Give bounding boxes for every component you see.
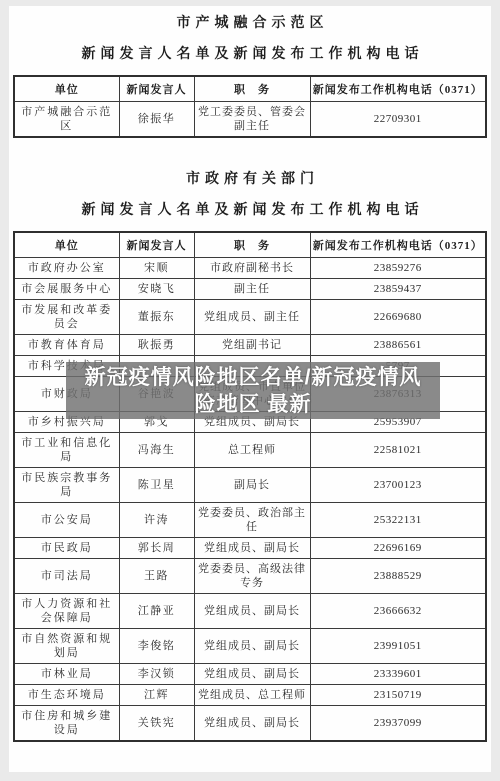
table-row: 市民族宗教事务局陈卫星副局长23700123 (14, 468, 486, 503)
table-row: 市乡村振兴局郭戈党组成员、副局长25953907 (14, 412, 486, 433)
table-row: 市公安局许涛党委委员、政治部主任25322131 (14, 503, 486, 538)
unit-cell: 市自然资源和规划局 (14, 629, 119, 664)
column-header-unit: 单位 (14, 76, 119, 102)
phone-cell: 23937099 (310, 706, 486, 742)
title-cell: 党组成员、副局长 (194, 706, 310, 742)
title-cell: 党组成员、副局长 (194, 664, 310, 685)
table-row: 市自然资源和规划局李俊铭党组成员、副局长23991051 (14, 629, 486, 664)
column-header-title: 职 务 (194, 232, 310, 258)
table-row: 市政府办公室宋顺市政府副秘书长23859276 (14, 258, 486, 279)
spokesperson-cell: 关铁宪 (119, 706, 194, 742)
spokesperson-cell: 许涛 (119, 503, 194, 538)
phone-cell: 22581021 (310, 433, 486, 468)
spokesperson-cell: 王路 (119, 559, 194, 594)
title-cell: 党组成员、市直单位资产管理中心主任 (194, 377, 310, 412)
phone-cell: 22669680 (310, 300, 486, 335)
title-cell: 党组成员、副局长 (194, 412, 310, 433)
screenshot-root: { "page": { "backdrop_color": "#eaeaea",… (0, 0, 500, 781)
unit-cell: 市生态环境局 (14, 685, 119, 706)
phone-cell: 23886561 (310, 335, 486, 356)
spokesperson-cell: 陈卫星 (119, 468, 194, 503)
unit-cell: 市林业局 (14, 664, 119, 685)
table-header-row: 单位 新闻发言人 职 务 新闻发布工作机构电话（0371） (14, 76, 486, 102)
spokesperson-cell: 李俊铭 (119, 629, 194, 664)
spokesperson-cell: 宋顺 (119, 258, 194, 279)
phone-cell: 23859276 (310, 258, 486, 279)
table-row: 市住房和城乡建设局关铁宪党组成员、副局长23937099 (14, 706, 486, 742)
table-row: 市林业局李汉锁党组成员、副局长23339601 (14, 664, 486, 685)
title-cell: 党委委员、政治部主任 (194, 503, 310, 538)
unit-cell: 市财政局 (14, 377, 119, 412)
title-cell: 党委委员、高级法律专务 (194, 559, 310, 594)
title-cell (194, 356, 310, 377)
unit-cell: 市司法局 (14, 559, 119, 594)
unit-cell: 市民政局 (14, 538, 119, 559)
unit-cell: 市乡村振兴局 (14, 412, 119, 433)
spokesperson-cell: 李汉锁 (119, 664, 194, 685)
spokesperson-cell: 郭长周 (119, 538, 194, 559)
title-cell: 副局长 (194, 468, 310, 503)
column-header-spokesperson: 新闻发言人 (119, 76, 194, 102)
title-cell: 党组成员、副局长 (194, 629, 310, 664)
column-header-unit: 单位 (14, 232, 119, 258)
title-cell: 党工委委员、管委会副主任 (194, 102, 310, 138)
column-header-title: 职 务 (194, 76, 310, 102)
phone-cell: 5797 (310, 356, 486, 377)
table-row: 市人力资源和社会保障局江静亚党组成员、副局长23666632 (14, 594, 486, 629)
table-row: 市财政局谷艳波党组成员、市直单位资产管理中心主任23876313 (14, 377, 486, 412)
title-cell: 总工程师 (194, 433, 310, 468)
section-title: 市政府有关部门 (9, 138, 491, 188)
unit-cell: 市会展服务中心 (14, 279, 119, 300)
spokesperson-cell: 冯海生 (119, 433, 194, 468)
table-row: 市会展服务中心安晓飞副主任23859437 (14, 279, 486, 300)
section-demo-zone: 市产城融合示范区 新闻发言人名单及新闻发布工作机构电话 单位 新闻发言人 职 务… (9, 6, 491, 138)
phone-cell: 23991051 (310, 629, 486, 664)
phone-cell: 23859437 (310, 279, 486, 300)
spokesperson-cell: 郭戈 (119, 412, 194, 433)
title-cell: 党组成员、总工程师 (194, 685, 310, 706)
unit-cell: 市公安局 (14, 503, 119, 538)
phone-cell: 25953907 (310, 412, 486, 433)
table-body: 市产城融合示范区徐振华党工委委员、管委会副主任22709301 (14, 102, 486, 138)
spokesperson-table-departments: 单位 新闻发言人 职 务 新闻发布工作机构电话（0371） 市政府办公室宋顺市政… (13, 231, 487, 742)
table-row: 市司法局王路党委委员、高级法律专务23888529 (14, 559, 486, 594)
table-row: 市产城融合示范区徐振华党工委委员、管委会副主任22709301 (14, 102, 486, 138)
section-title: 市产城融合示范区 (9, 6, 491, 32)
phone-cell: 23888529 (310, 559, 486, 594)
document-page: 市产城融合示范区 新闻发言人名单及新闻发布工作机构电话 单位 新闻发言人 职 务… (9, 6, 491, 772)
title-cell: 党组成员、副主任 (194, 300, 310, 335)
phone-cell: 25322131 (310, 503, 486, 538)
unit-cell: 市住房和城乡建设局 (14, 706, 119, 742)
table-row: 市科学技术局5797 (14, 356, 486, 377)
phone-cell: 22709301 (310, 102, 486, 138)
spokesperson-cell: 谷艳波 (119, 377, 194, 412)
spokesperson-cell: 安晓飞 (119, 279, 194, 300)
section-subtitle: 新闻发言人名单及新闻发布工作机构电话 (9, 188, 491, 219)
table-row: 市教育体育局耿振勇党组副书记23886561 (14, 335, 486, 356)
title-cell: 党组成员、副局长 (194, 594, 310, 629)
phone-cell: 23666632 (310, 594, 486, 629)
phone-cell: 23700123 (310, 468, 486, 503)
phone-cell: 22696169 (310, 538, 486, 559)
spokesperson-table-demo-zone: 单位 新闻发言人 职 务 新闻发布工作机构电话（0371） 市产城融合示范区徐振… (13, 75, 487, 138)
phone-cell: 23339601 (310, 664, 486, 685)
spokesperson-cell: 江辉 (119, 685, 194, 706)
phone-cell: 23150719 (310, 685, 486, 706)
column-header-phone: 新闻发布工作机构电话（0371） (310, 232, 486, 258)
table-row: 市发展和改革委员会董振东党组成员、副主任22669680 (14, 300, 486, 335)
unit-cell: 市产城融合示范区 (14, 102, 119, 138)
table-body: 市政府办公室宋顺市政府副秘书长23859276市会展服务中心安晓飞副主任2385… (14, 258, 486, 742)
section-subtitle: 新闻发言人名单及新闻发布工作机构电话 (9, 32, 491, 63)
unit-cell: 市工业和信息化局 (14, 433, 119, 468)
unit-cell: 市教育体育局 (14, 335, 119, 356)
unit-cell: 市发展和改革委员会 (14, 300, 119, 335)
table-row: 市生态环境局江辉党组成员、总工程师23150719 (14, 685, 486, 706)
column-header-phone: 新闻发布工作机构电话（0371） (310, 76, 486, 102)
unit-cell: 市民族宗教事务局 (14, 468, 119, 503)
phone-cell: 23876313 (310, 377, 486, 412)
spokesperson-cell: 董振东 (119, 300, 194, 335)
title-cell: 市政府副秘书长 (194, 258, 310, 279)
unit-cell: 市科学技术局 (14, 356, 119, 377)
table-header-row: 单位 新闻发言人 职 务 新闻发布工作机构电话（0371） (14, 232, 486, 258)
section-government-departments: 市政府有关部门 新闻发言人名单及新闻发布工作机构电话 单位 新闻发言人 职 务 … (9, 138, 491, 742)
spokesperson-cell: 徐振华 (119, 102, 194, 138)
table-row: 市工业和信息化局冯海生总工程师22581021 (14, 433, 486, 468)
title-cell: 党组成员、副局长 (194, 538, 310, 559)
spokesperson-cell (119, 356, 194, 377)
spokesperson-cell: 耿振勇 (119, 335, 194, 356)
title-cell: 副主任 (194, 279, 310, 300)
unit-cell: 市人力资源和社会保障局 (14, 594, 119, 629)
table-row: 市民政局郭长周党组成员、副局长22696169 (14, 538, 486, 559)
unit-cell: 市政府办公室 (14, 258, 119, 279)
title-cell: 党组副书记 (194, 335, 310, 356)
spokesperson-cell: 江静亚 (119, 594, 194, 629)
column-header-spokesperson: 新闻发言人 (119, 232, 194, 258)
